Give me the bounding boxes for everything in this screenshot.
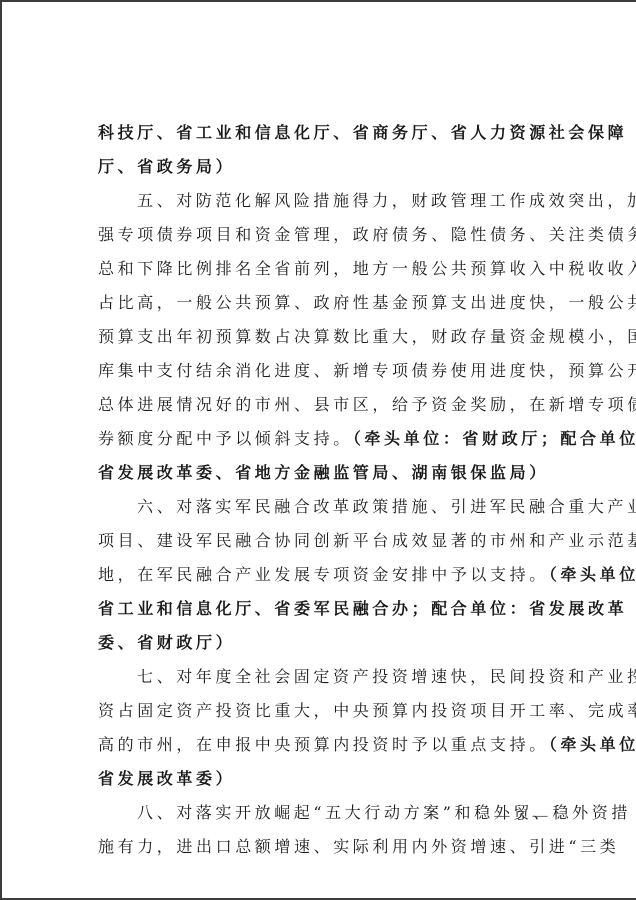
text-line: 占比高，一般公共预算、政府性基金预算支出进度快，一般公共	[98, 286, 570, 320]
body-text-span: 地，在军民融合产业发展专项资金安排中予以支持。	[98, 565, 549, 584]
text-line: 资占固定资产投资比重大，中央预算内投资项目开工率、完成率	[98, 694, 570, 728]
document-page: 科技厅、省工业和信息化厅、省商务厅、省人力资源社会保障 厅、省政务局） 五、对防…	[0, 0, 636, 900]
lead-unit-note: 省发展改革委、省地方金融监管局、湖南银保监局）	[98, 456, 570, 490]
lead-unit-note: （牵头单位：	[549, 735, 636, 754]
text-line: 科技厅、省工业和信息化厅、省商务厅、省人力资源社会保障	[98, 116, 570, 150]
text-line: 总体进展情况好的市州、县市区，给予资金奖励，在新增专项债	[98, 388, 570, 422]
page-number: — 3 —	[492, 808, 552, 825]
paragraph-6-start: 六、对落实军民融合改革政策措施、引进军民融合重大产业	[98, 490, 570, 524]
text-line: 施有力，进出口总额增速、实际利用内外资增速、引进“三类	[98, 830, 570, 864]
body-text-span: 券额度分配中予以倾斜支持。	[98, 429, 353, 448]
text-line: 券额度分配中予以倾斜支持。（牵头单位：省财政厅；配合单位：	[98, 422, 570, 456]
document-body: 科技厅、省工业和信息化厅、省商务厅、省人力资源社会保障 厅、省政务局） 五、对防…	[98, 116, 570, 864]
body-text-span: 高的市州，在申报中央预算内投资时予以重点支持。	[98, 735, 549, 754]
lead-unit-note: 委、省财政厅）	[98, 626, 570, 660]
text-line: 项目、建设军民融合协同创新平台成效显著的市州和产业示范基	[98, 524, 570, 558]
lead-unit-note: 省工业和信息化厅、省委军民融合办；配合单位：省发展改革	[98, 592, 570, 626]
lead-unit-note: 省发展改革委）	[98, 762, 570, 796]
text-line: 地，在军民融合产业发展专项资金安排中予以支持。（牵头单位：	[98, 558, 570, 592]
text-line: 总和下降比例排名全省前列，地方一般公共预算收入中税收收入	[98, 252, 570, 286]
text-line: 厅、省政务局）	[98, 150, 570, 184]
lead-unit-note: （牵头单位：	[549, 565, 636, 584]
paragraph-7-start: 七、对年度全社会固定资产投资增速快，民间投资和产业投	[98, 660, 570, 694]
text-line: 高的市州，在申报中央预算内投资时予以重点支持。（牵头单位：	[98, 728, 570, 762]
paragraph-5-start: 五、对防范化解风险措施得力，财政管理工作成效突出，加	[98, 184, 570, 218]
text-line: 强专项债券项目和资金管理，政府债务、隐性债务、关注类债务	[98, 218, 570, 252]
text-line: 库集中支付结余消化进度、新增专项债券使用进度快，预算公开	[98, 354, 570, 388]
lead-unit-note: （牵头单位：省财政厅；配合单位：	[353, 429, 636, 448]
text-line: 预算支出年初预算数占决算数比重大，财政存量资金规模小，国	[98, 320, 570, 354]
